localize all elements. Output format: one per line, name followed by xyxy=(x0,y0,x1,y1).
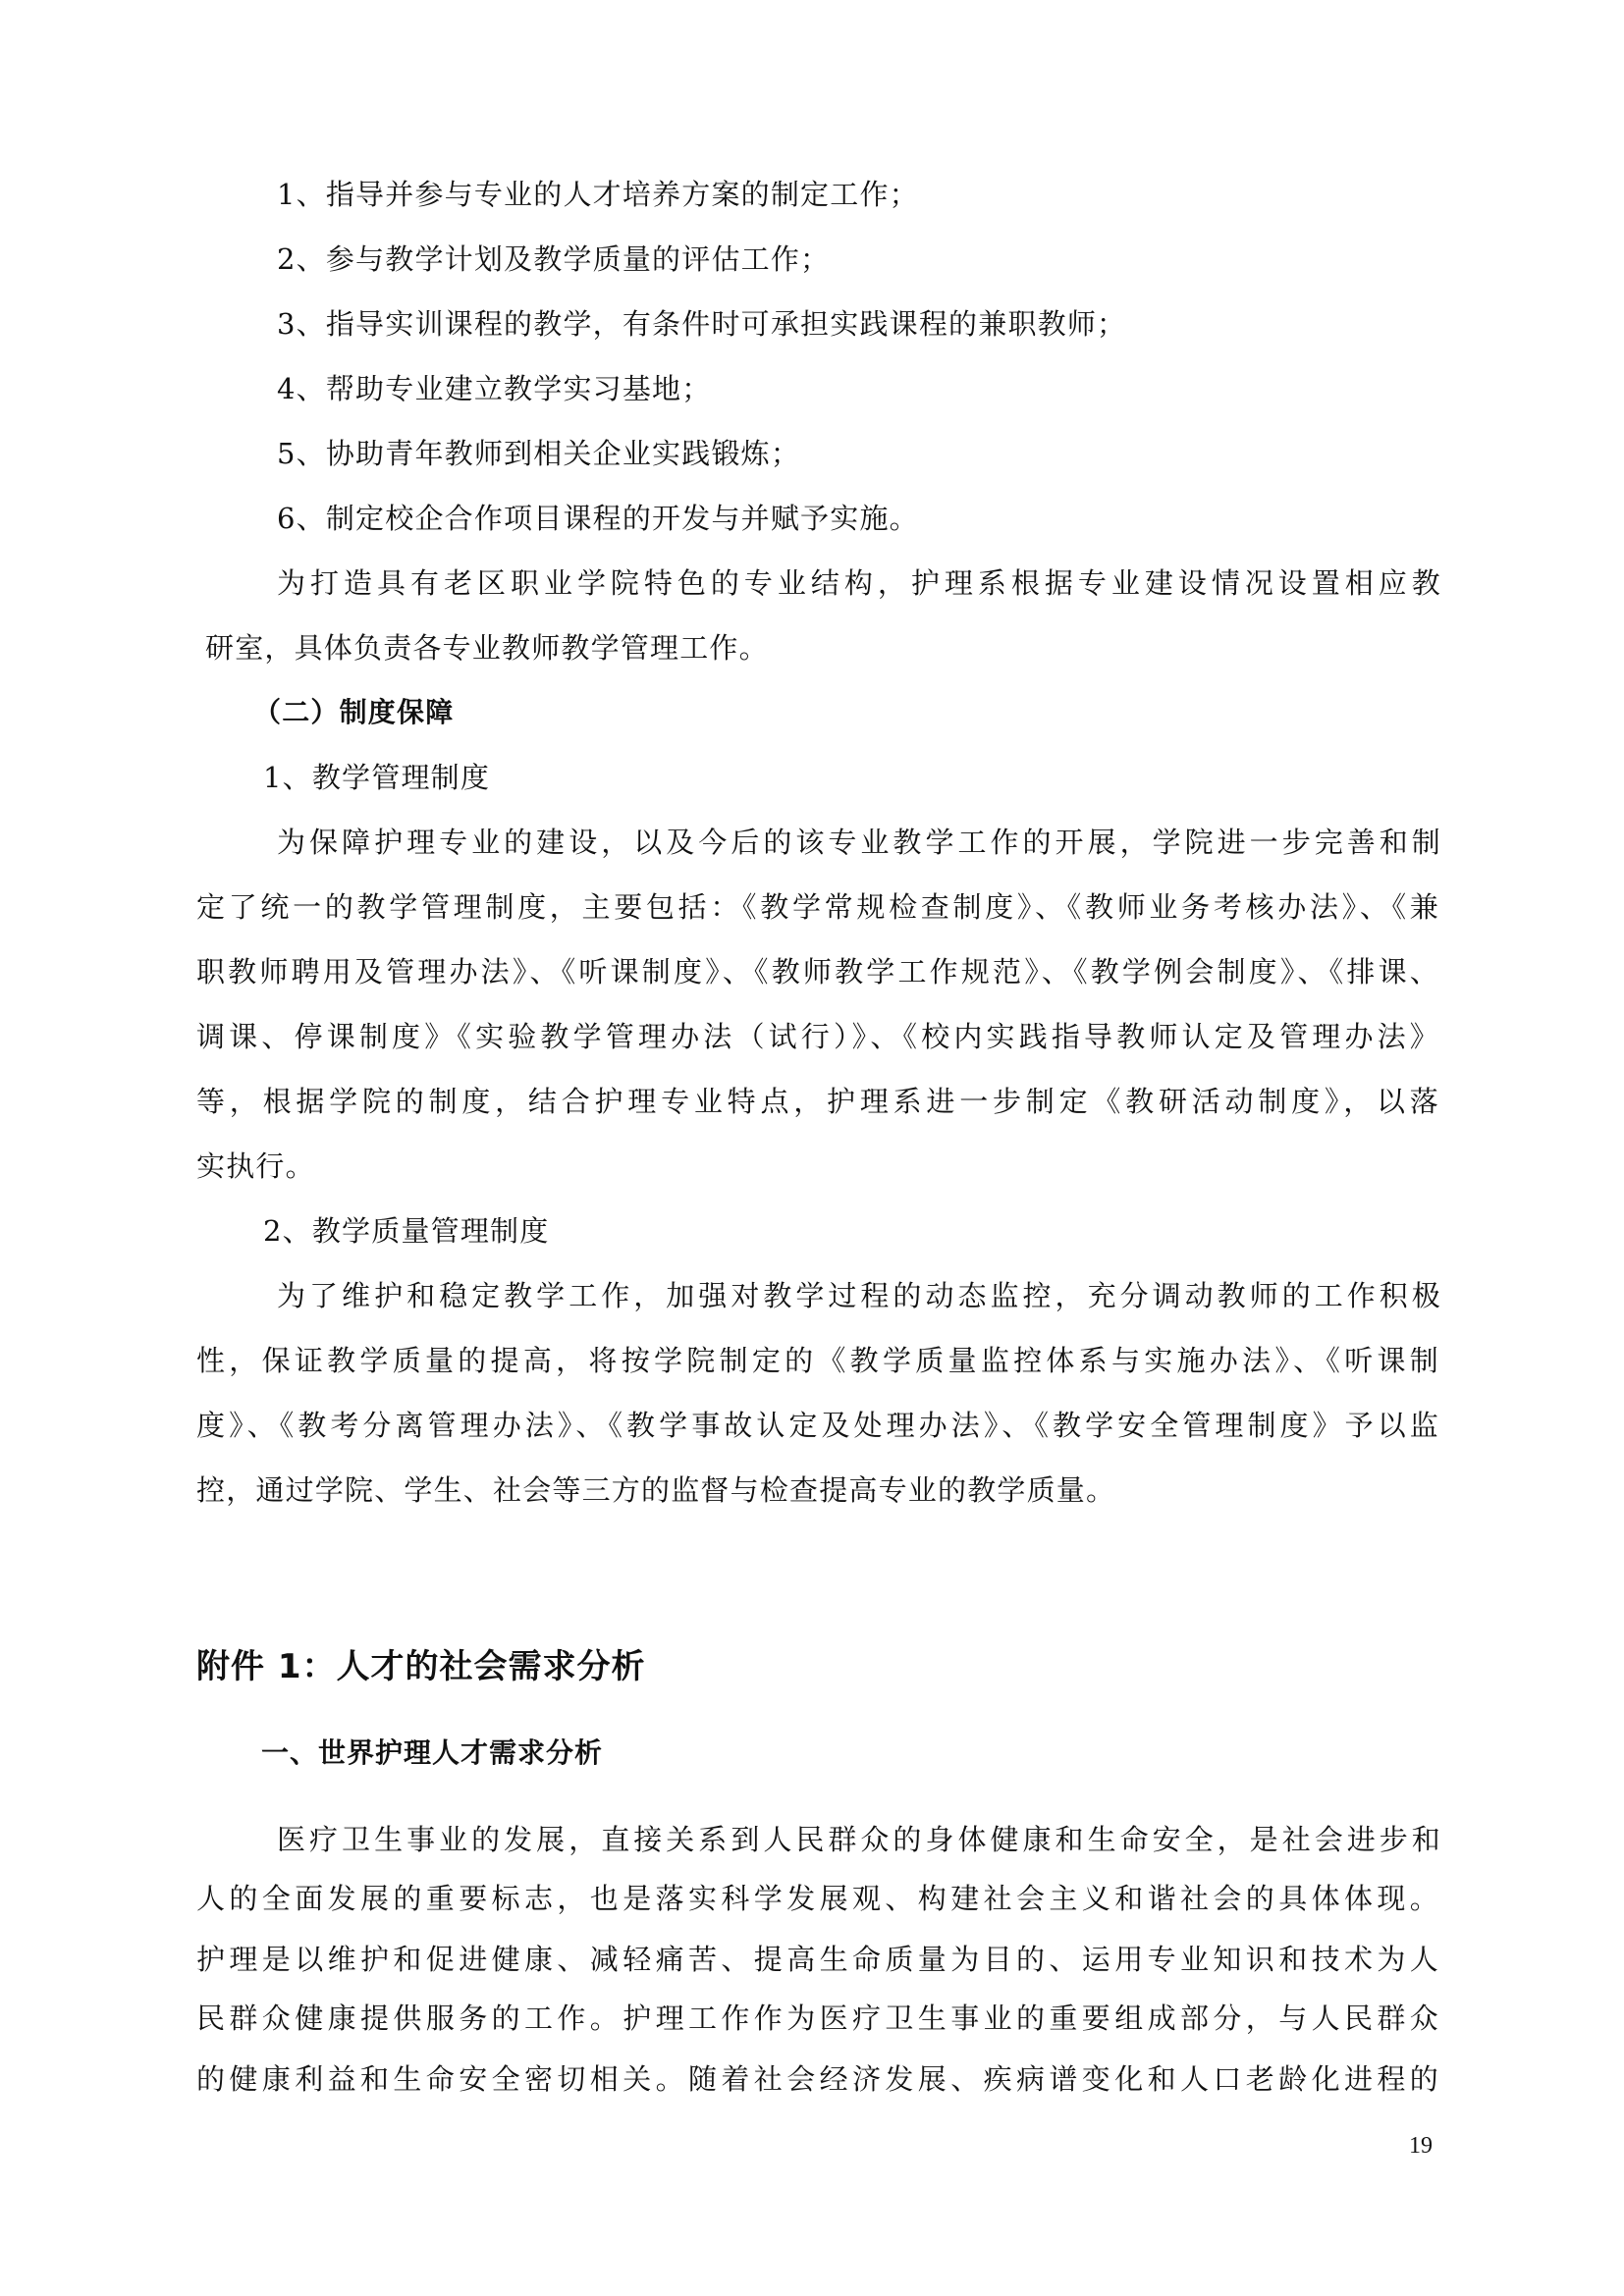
list-item: 6、制定校企合作项目课程的开发与并赋予实施。 xyxy=(277,499,1524,538)
paragraph-line: 人的全面发展的重要标志，也是落实科学发展观、构建社会主义和谐社会的具体体现。 xyxy=(196,1879,1439,1918)
list-item: 5、协助青年教师到相关企业实践锻炼； xyxy=(277,434,1524,473)
paragraph-line: 研室，具体负责各专业教师教学管理工作。 xyxy=(205,628,1452,667)
paragraph-line: 为打造具有老区职业学院特色的专业结构，护理系根据专业建设情况设置相应教 xyxy=(277,563,1441,603)
paragraph-line: 的健康利益和生命安全密切相关。随着社会经济发展、疾病谱变化和人口老龄化进程的 xyxy=(196,2059,1439,2099)
list-item: 3、指导实训课程的教学，有条件时可承担实践课程的兼职教师； xyxy=(277,304,1524,344)
paragraph-line: 控，通过学院、学生、社会等三方的监督与检查提高专业的教学质量。 xyxy=(196,1470,1443,1510)
appendix-heading: 附件 1：人才的社会需求分析 xyxy=(196,1645,646,1688)
paragraph-line: 医疗卫生事业的发展，直接关系到人民群众的身体健康和生命安全，是社会进步和 xyxy=(277,1820,1441,1859)
paragraph-line: 民群众健康提供服务的工作。护理工作作为医疗卫生事业的重要组成部分，与人民群众 xyxy=(196,1999,1439,2038)
list-item: 2、参与教学计划及教学质量的评估工作； xyxy=(277,240,1524,279)
subsection-heading: 1、教学管理制度 xyxy=(263,758,1510,797)
subsection-heading: 2、教学质量管理制度 xyxy=(263,1211,1510,1251)
paragraph-line: 护理是以维护和促进健康、减轻痛苦、提高生命质量为目的、运用专业知识和技术为人 xyxy=(196,1940,1439,1979)
document-page: 1、指导并参与专业的人才培养方案的制定工作； 2、参与教学计划及教学质量的评估工… xyxy=(0,0,1624,2296)
page-number: 19 xyxy=(1409,2132,1433,2160)
paragraph-line: 职教师聘用及管理办法》、《听课制度》、《教师教学工作规范》、《教学例会制度》、《… xyxy=(196,952,1439,991)
paragraph-line: 为保障护理专业的建设，以及今后的该专业教学工作的开展，学院进一步完善和制 xyxy=(277,823,1441,862)
paragraph-line: 等，根据学院的制度，结合护理专业特点，护理系进一步制定《教研活动制度》，以落 xyxy=(196,1082,1439,1121)
list-item: 1、指导并参与专业的人才培养方案的制定工作； xyxy=(277,175,1524,214)
paragraph-line: 调课、停课制度》《实验教学管理办法（试行）》、《校内实践指导教师认定及管理办法》 xyxy=(196,1017,1439,1056)
paragraph-line: 为了维护和稳定教学工作，加强对教学过程的动态监控，充分调动教师的工作积极 xyxy=(277,1276,1441,1315)
appendix-subheading: 一、世界护理人才需求分析 xyxy=(261,1734,603,1773)
paragraph-line: 定了统一的教学管理制度，主要包括：《教学常规检查制度》、《教师业务考核办法》、《… xyxy=(196,887,1439,927)
paragraph-line: 实执行。 xyxy=(196,1147,1443,1186)
paragraph-line: 度》、《教考分离管理办法》、《教学事故认定及处理办法》、《教学安全管理制度》予以… xyxy=(196,1406,1439,1445)
list-item: 4、帮助专业建立教学实习基地； xyxy=(277,369,1524,408)
paragraph-line: 性，保证教学质量的提高，将按学院制定的《教学质量监控体系与实施办法》、《听课制 xyxy=(196,1341,1439,1380)
section-heading: （二）制度保障 xyxy=(253,693,1500,732)
